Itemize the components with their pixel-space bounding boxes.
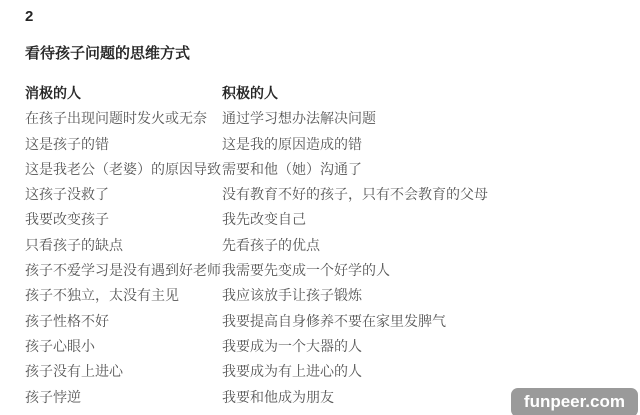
negative-cell: 孩子心眼小 [25, 334, 222, 359]
negative-cell: 孩子不爱学习是没有遇到好老师 [25, 258, 222, 283]
comparison-table-body: 在孩子出现问题时发火或无奈 通过学习想办法解决问题 这是孩子的错 这是我的原因造… [25, 106, 625, 410]
table-row: 孩子不独立，太没有主见 我应该放手让孩子锻炼 [25, 283, 625, 308]
page-number: 2 [25, 7, 640, 26]
column-header-negative: 消极的人 [25, 81, 222, 106]
negative-cell: 在孩子出现问题时发火或无奈 [25, 106, 222, 131]
negative-cell: 这是我老公（老婆）的原因导致 [25, 157, 222, 182]
positive-cell: 我要成为有上进心的人 [222, 359, 625, 384]
negative-cell: 孩子悖逆 [25, 385, 222, 410]
table-row: 这孩子没救了 没有教育不好的孩子，只有不会教育的父母 [25, 182, 625, 207]
negative-cell: 这是孩子的错 [25, 132, 222, 157]
positive-cell: 我应该放手让孩子锻炼 [222, 283, 625, 308]
table-row: 只看孩子的缺点 先看孩子的优点 [25, 233, 625, 258]
document-page: 2 看待孩子问题的思维方式 消极的人 积极的人 在孩子出现问题时发火或无奈 通过… [0, 0, 640, 410]
positive-cell: 我要提高自身修养不要在家里发脾气 [222, 309, 625, 334]
positive-cell: 没有教育不好的孩子，只有不会教育的父母 [222, 182, 625, 207]
positive-cell: 我需要先变成一个好学的人 [222, 258, 625, 283]
negative-cell: 孩子没有上进心 [25, 359, 222, 384]
negative-cell: 我要改变孩子 [25, 207, 222, 232]
negative-cell: 孩子性格不好 [25, 309, 222, 334]
positive-cell: 需要和他（她）沟通了 [222, 157, 625, 182]
positive-cell: 这是我的原因造成的错 [222, 132, 625, 157]
table-row: 孩子性格不好 我要提高自身修养不要在家里发脾气 [25, 309, 625, 334]
table-row: 在孩子出现问题时发火或无奈 通过学习想办法解决问题 [25, 106, 625, 131]
negative-cell: 孩子不独立，太没有主见 [25, 283, 222, 308]
positive-cell: 先看孩子的优点 [222, 233, 625, 258]
table-row: 我要改变孩子 我先改变自己 [25, 207, 625, 232]
positive-cell: 通过学习想办法解决问题 [222, 106, 625, 131]
table-row: 这是孩子的错 这是我的原因造成的错 [25, 132, 625, 157]
comparison-table: 消极的人 积极的人 在孩子出现问题时发火或无奈 通过学习想办法解决问题 这是孩子… [25, 81, 625, 410]
column-header-positive: 积极的人 [222, 81, 625, 106]
page-title: 看待孩子问题的思维方式 [25, 44, 640, 63]
table-row: 这是我老公（老婆）的原因导致 需要和他（她）沟通了 [25, 157, 625, 182]
table-header-row: 消极的人 积极的人 [25, 81, 625, 106]
positive-cell: 我先改变自己 [222, 207, 625, 232]
table-row: 孩子不爱学习是没有遇到好老师 我需要先变成一个好学的人 [25, 258, 625, 283]
table-row: 孩子心眼小 我要成为一个大器的人 [25, 334, 625, 359]
negative-cell: 这孩子没救了 [25, 182, 222, 207]
table-row: 孩子没有上进心 我要成为有上进心的人 [25, 359, 625, 384]
negative-cell: 只看孩子的缺点 [25, 233, 222, 258]
positive-cell: 我要成为一个大器的人 [222, 334, 625, 359]
watermark-badge: funpeer.com [511, 388, 638, 415]
